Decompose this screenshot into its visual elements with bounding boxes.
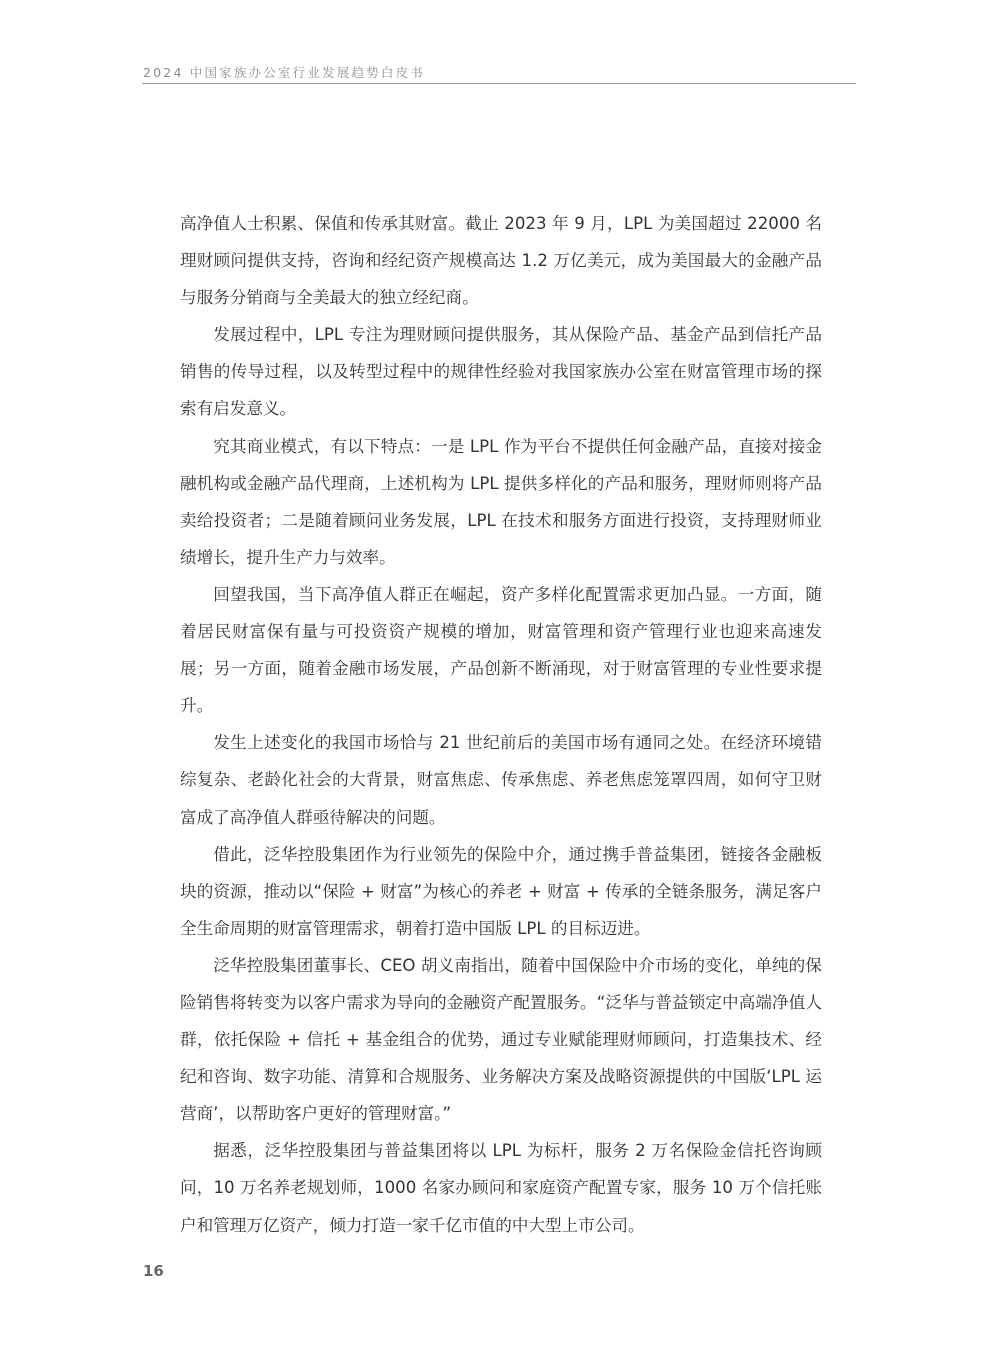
document-title: 2024 中国家族办公室行业发展趋势白皮书: [143, 63, 425, 81]
body-text: 高净值人士积累、保值和传承其财富。截止 2023 年 9 月，LPL 为美国超过…: [180, 205, 822, 1244]
header-divider: [142, 83, 856, 84]
paragraph: 回望我国，当下高净值人群正在崛起，资产多样化配置需求更加凸显。一方面，随着居民财…: [180, 576, 822, 724]
paragraph: 据悉，泛华控股集团与普益集团将以 LPL 为标杆，服务 2 万名保险金信托咨询顾…: [180, 1132, 822, 1243]
paragraph: 高净值人士积累、保值和传承其财富。截止 2023 年 9 月，LPL 为美国超过…: [180, 205, 822, 316]
paragraph: 发生上述变化的我国市场恰与 21 世纪前后的美国市场有通同之处。在经济环境错综复…: [180, 724, 822, 835]
paragraph: 借此，泛华控股集团作为行业领先的保险中介，通过携手普益集团，链接各金融板块的资源…: [180, 836, 822, 947]
paragraph: 究其商业模式，有以下特点：一是 LPL 作为平台不提供任何金融产品，直接对接金融…: [180, 428, 822, 576]
paragraph: 发展过程中，LPL 专注为理财顾问提供服务，其从保险产品、基金产品到信托产品销售…: [180, 316, 822, 427]
paragraph: 泛华控股集团董事长、CEO 胡义南指出，随着中国保险中介市场的变化，单纯的保险销…: [180, 947, 822, 1132]
page-number: 16: [143, 1262, 164, 1280]
